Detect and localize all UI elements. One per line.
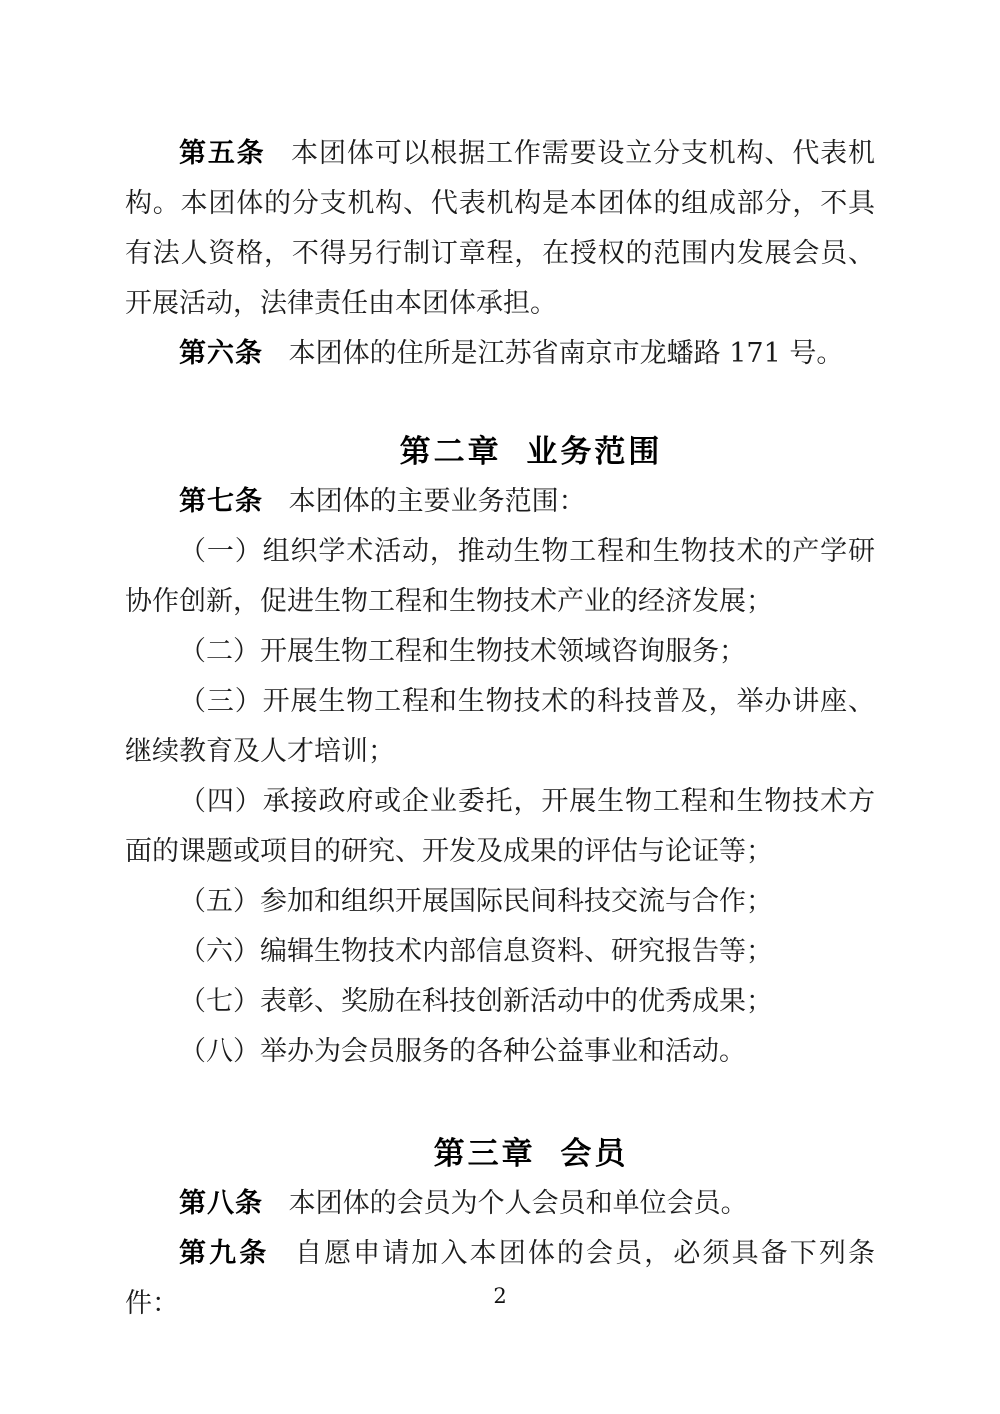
chapter-3-number: 第三章 xyxy=(434,1136,536,1172)
scope-item-7: （七）表彰、奖励在科技创新活动中的优秀成果； xyxy=(125,977,875,1027)
article-9-paragraph: 第九条自愿申请加入本团体的会员，必须具备下列条件： xyxy=(125,1229,875,1329)
article-7-text: 本团体的主要业务范围： xyxy=(289,486,586,517)
chapter-2-title: 业务范围 xyxy=(526,434,662,470)
article-8-paragraph: 第八条本团体的会员为个人会员和单位会员。 xyxy=(125,1179,875,1229)
scope-item-8: （八）举办为会员服务的各种公益事业和活动。 xyxy=(125,1027,875,1077)
article-5-paragraph: 第五条本团体可以根据工作需要设立分支机构、代表机构。本团体的分支机构、代表机构是… xyxy=(125,129,875,329)
chapter-2-number: 第二章 xyxy=(400,434,502,470)
document-body: 第五条本团体可以根据工作需要设立分支机构、代表机构。本团体的分支机构、代表机构是… xyxy=(125,129,875,1329)
page-number: 2 xyxy=(0,1283,1000,1309)
document-page: 第五条本团体可以根据工作需要设立分支机构、代表机构。本团体的分支机构、代表机构是… xyxy=(0,0,1000,1414)
article-6-label: 第六条 xyxy=(179,338,263,369)
scope-item-3: （三）开展生物工程和生物技术的科技普及，举办讲座、继续教育及人才培训； xyxy=(125,677,875,777)
scope-item-4: （四）承接政府或企业委托，开展生物工程和生物技术方面的课题或项目的研究、开发及成… xyxy=(125,777,875,877)
chapter-2-heading: 第二章业务范围 xyxy=(125,427,875,477)
article-8-label: 第八条 xyxy=(179,1188,263,1219)
chapter-3-title: 会员 xyxy=(560,1136,628,1172)
article-7-label: 第七条 xyxy=(179,486,263,517)
article-5-label: 第五条 xyxy=(179,138,266,169)
scope-item-2: （二）开展生物工程和生物技术领域咨询服务； xyxy=(125,627,875,677)
article-6-text: 本团体的住所是江苏省南京市龙蟠路 171 号。 xyxy=(289,338,844,369)
article-8-text: 本团体的会员为个人会员和单位会员。 xyxy=(289,1188,748,1219)
article-9-label: 第九条 xyxy=(179,1238,269,1269)
scope-item-6: （六）编辑生物技术内部信息资料、研究报告等； xyxy=(125,927,875,977)
article-6-paragraph: 第六条本团体的住所是江苏省南京市龙蟠路 171 号。 xyxy=(125,329,875,379)
scope-item-5: （五）参加和组织开展国际民间科技交流与合作； xyxy=(125,877,875,927)
scope-item-1: （一）组织学术活动，推动生物工程和生物技术的产学研协作创新，促进生物工程和生物技… xyxy=(125,527,875,627)
article-7-paragraph: 第七条本团体的主要业务范围： xyxy=(125,477,875,527)
chapter-3-heading: 第三章会员 xyxy=(125,1129,875,1179)
